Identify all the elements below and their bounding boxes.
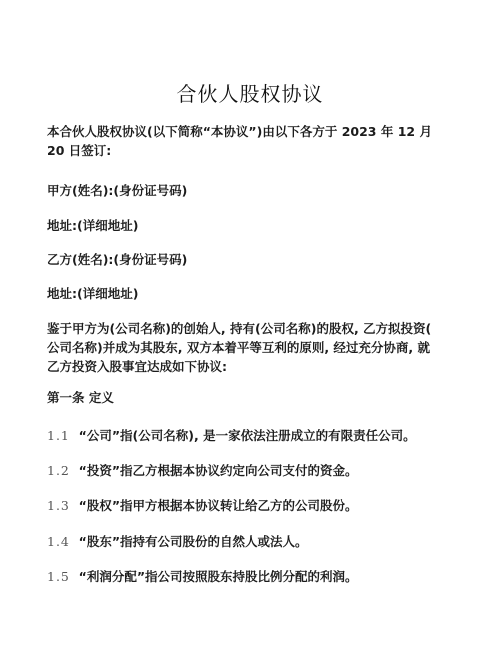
party-a-name: 甲方(姓名):(身份证号码) bbox=[47, 181, 467, 201]
clause-text: “股权”指甲方根据本协议转让给乙方的公司股份。 bbox=[79, 498, 358, 513]
clause-1-1: 1.1 “公司”指(公司名称), 是一家依法注册成立的有限责任公司。 bbox=[47, 426, 467, 446]
intro-line-2: 20 日签订: bbox=[47, 141, 467, 161]
clause-number: 1.3 bbox=[47, 498, 70, 513]
clause-text: “投资”指乙方根据本协议约定向公司支付的资金。 bbox=[79, 463, 358, 478]
clause-number: 1.1 bbox=[47, 428, 70, 443]
document-page: 合伙人股权协议 本合伙人股权协议(以下简称“本协议”)由以下各方于 2023 年… bbox=[0, 0, 500, 647]
clause-1-2: 1.2 “投资”指乙方根据本协议约定向公司支付的资金。 bbox=[47, 461, 467, 481]
recital-line-1: 鉴于甲方为(公司名称)的创始人, 持有(公司名称)的股权, 乙方拟投资( bbox=[47, 319, 467, 339]
clause-text: “股东”指持有公司股份的自然人或法人。 bbox=[79, 534, 308, 549]
clause-number: 1.5 bbox=[47, 569, 70, 584]
clause-1-4: 1.4 “股东”指持有公司股份的自然人或法人。 bbox=[47, 532, 467, 552]
party-b-name: 乙方(姓名):(身份证号码) bbox=[47, 250, 467, 270]
document-title: 合伙人股权协议 bbox=[0, 78, 500, 107]
clause-text: “利润分配”指公司按照股东持股比例分配的利润。 bbox=[79, 569, 358, 584]
clause-number: 1.4 bbox=[47, 534, 70, 549]
clause-1-5: 1.5 “利润分配”指公司按照股东持股比例分配的利润。 bbox=[47, 567, 467, 587]
article-1-heading: 第一条 定义 bbox=[47, 388, 467, 408]
recital-line-2: 公司名称)并成为其股东, 双方本着平等互利的原则, 经过充分协商, 就 bbox=[47, 338, 467, 358]
intro-line-1: 本合伙人股权协议(以下简称“本协议”)由以下各方于 2023 年 12 月 bbox=[47, 122, 467, 142]
party-b-address: 地址:(详细地址) bbox=[47, 284, 467, 304]
clause-1-3: 1.3 “股权”指甲方根据本协议转让给乙方的公司股份。 bbox=[47, 496, 467, 516]
party-a-address: 地址:(详细地址) bbox=[47, 216, 467, 236]
clause-number: 1.2 bbox=[47, 463, 70, 478]
recital-line-3: 乙方投资入股事宜达成如下协议: bbox=[47, 357, 467, 377]
clause-text: “公司”指(公司名称), 是一家依法注册成立的有限责任公司。 bbox=[79, 428, 416, 443]
